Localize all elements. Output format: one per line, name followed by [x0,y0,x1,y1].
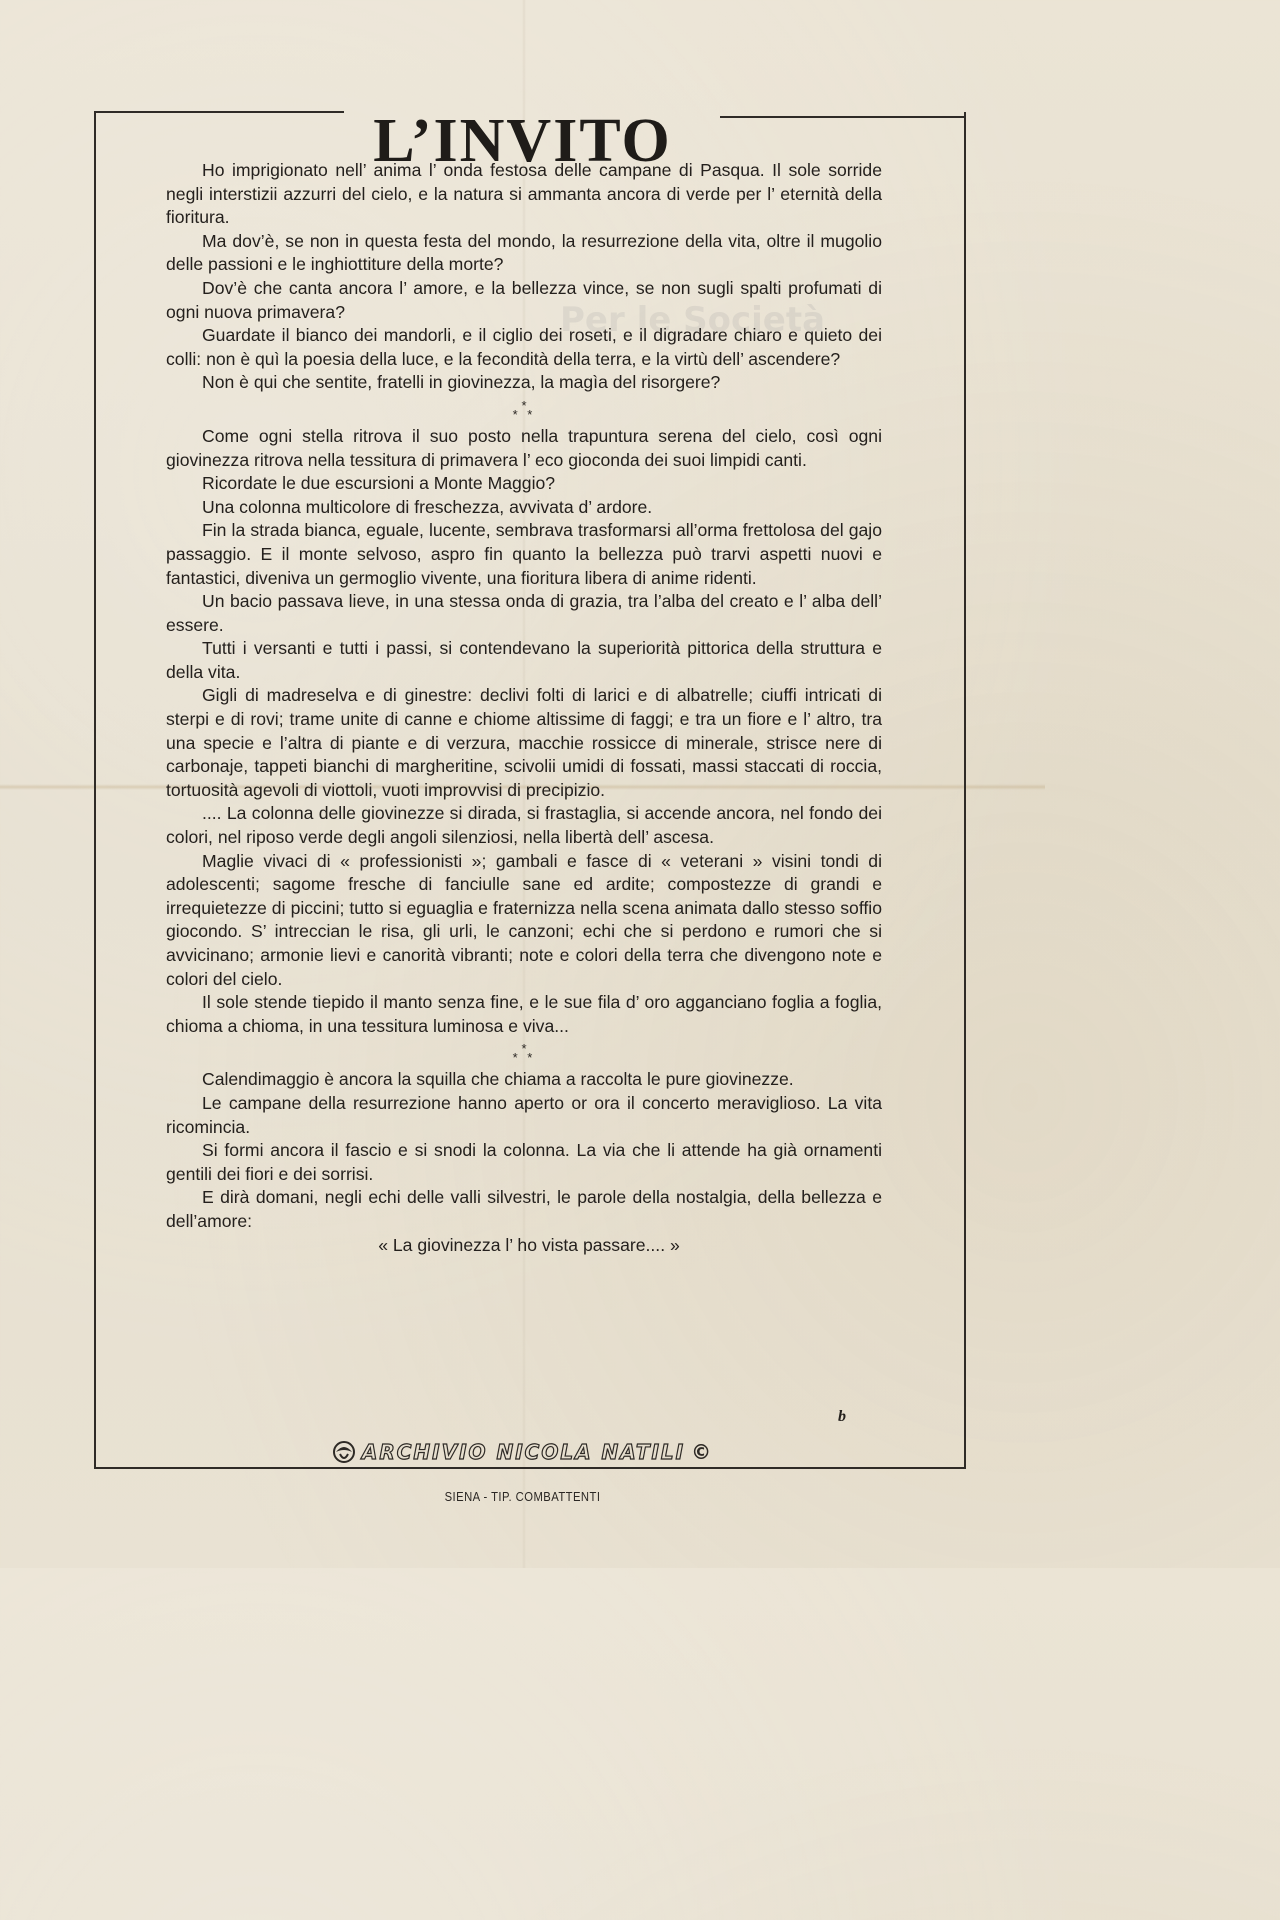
paragraph: Calendimaggio è ancora la squilla che ch… [166,1068,882,1092]
paragraph: .... La colonna delle giovinezze si dira… [166,802,882,849]
paragraph: Ma dov’è, se non in questa festa del mon… [166,230,882,277]
asterism-divider: * * * [166,395,882,425]
paragraph: Dov’è che canta ancora l’ amore, e la be… [166,277,882,324]
paragraph: Ricordate le due escursioni a Monte Magg… [166,472,882,496]
paragraph: Guardate il bianco dei mandorli, e il ci… [166,324,882,371]
paragraph: Il sole stende tiepido il manto senza fi… [166,991,882,1038]
asterism-bottom: * * [166,1053,882,1062]
asterism-divider: * * * [166,1038,882,1068]
copyright-icon: © [691,1440,713,1464]
paragraph: Si formi ancora il fascio e si snodi la … [166,1139,882,1186]
paragraph: Ho imprigionato nell’ anima l’ onda fest… [166,159,882,230]
paragraph: Tutti i versanti e tutti i passi, si con… [166,637,882,684]
article-body: Ho imprigionato nell’ anima l’ onda fest… [166,159,882,1257]
printer-imprint: SIENA - TIP. COMBATTENTI [52,1490,993,1504]
paragraph: Una colonna multicolore di freschezza, a… [166,496,882,520]
paragraph: Gigli di madreselva e di ginestre: decli… [166,684,882,802]
paragraph: Un bacio passava lieve, in una stessa on… [166,590,882,637]
paragraph: Le campane della resurrezione hanno aper… [166,1092,882,1139]
closing-quote: « La giovinezza l’ ho vista passare.... … [166,1234,882,1258]
paragraph: Maglie vivaci di « professionisti »; gam… [166,850,882,992]
paragraph: Non è qui che sentite, fratelli in giovi… [166,371,882,395]
asterism-bottom: * * [166,410,882,419]
paragraph: E dirà domani, negli echi delle valli si… [166,1186,882,1233]
archive-logo-icon [332,1440,356,1464]
watermark-text: ARCHIVIO NICOLA NATILI [362,1440,685,1464]
author-signature: b [838,1408,846,1426]
paragraph: Come ogni stella ritrova il suo posto ne… [166,425,882,472]
paragraph: Fin la strada bianca, eguale, lucente, s… [166,519,882,590]
archive-watermark: ARCHIVIO NICOLA NATILI © [0,1440,1045,1464]
